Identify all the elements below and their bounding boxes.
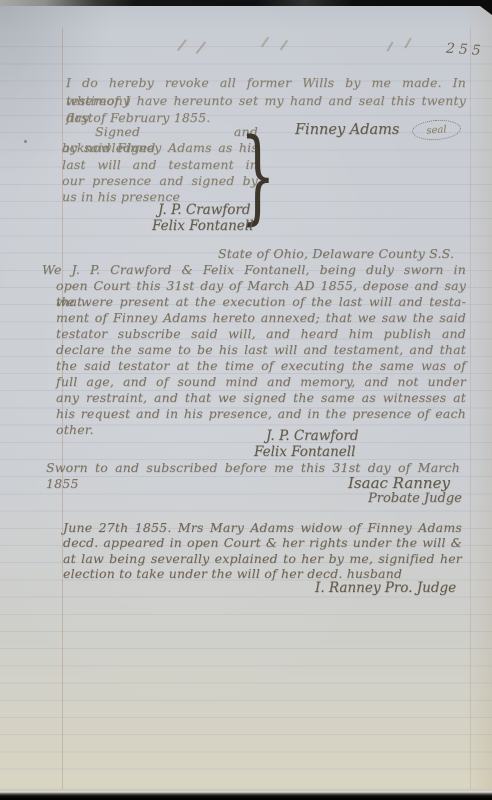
affidavit-line: other. [56,422,466,438]
ledger-page-scan: 255 I do hereby revoke all former Wills … [0,0,492,800]
election-line: at law being severally explained to her … [63,551,462,566]
judge-signature: Isaac Ranney [348,474,450,492]
attestation-line: last will and testament in [62,157,258,173]
affidavit-line: open Court this 31st day of March AD 185… [56,278,466,294]
election-line: decd. appeared in open Court & her right… [63,535,462,550]
affidavit-line: ment of Finney Adams hereto annexed; tha… [56,310,466,326]
judge-title: Probate Judge [368,491,462,506]
probate-affidavit: State of Ohio, Delaware County S.S. We J… [56,246,466,438]
paper-scratch-mark [280,40,288,51]
affidavit-line: full age, and of sound mind and memory, … [56,374,466,390]
paper-scratch-mark [177,39,187,51]
revocation-line: I do hereby revoke all former Wills by m… [66,74,466,92]
paper-scratch-mark [386,41,393,51]
paper-scratch-mark [404,37,411,48]
witness-signature: J. P. Crawford [158,202,250,218]
attestation-line: our presence and signed by [62,173,258,189]
testator-signature: Finney Adams [295,122,399,138]
judge-signature: I. Ranney Pro. Judge [315,580,456,596]
paper-scratch-mark [196,41,206,54]
attestation-clause: Signed and acknowledged by said Finney A… [62,124,258,205]
seal-label: seal [426,124,447,136]
paper-scratch-mark [261,37,269,48]
revocation-line: whereof I have hereunto set my hand and … [66,92,466,110]
affidavit-line: we were present at the execution of the … [56,294,466,310]
affidavit-line: declare the same to be his last will and… [56,342,466,358]
margin-line-right [470,28,471,790]
election-line: election to take under the will of her d… [63,566,462,581]
election-line: June 27th 1855. Mrs Mary Adams widow of … [63,520,462,535]
attestation-line: by said Finney Adams as his [62,140,258,156]
widow-election-record: June 27th 1855. Mrs Mary Adams widow of … [63,520,462,581]
affidavit-line: testator subscribe said will, and heard … [56,326,466,342]
affidavit-line: the said testator at the time of executi… [56,358,466,374]
attestation-line: Signed and acknowledged [62,124,258,140]
affidavit-line: his request and in his presence, and in … [56,406,466,422]
page-number: 255 [445,41,485,60]
ink-dot-mark [24,140,27,143]
affidavit-line: We J. P. Crawford & Felix Fontanell, bei… [42,262,466,278]
witness-signature: Felix Fontanell [254,444,355,460]
bottom-edge-shadow [0,788,492,800]
witness-signature: Felix Fontanell [152,218,253,234]
affidavit-heading: State of Ohio, Delaware County S.S. [218,246,466,262]
top-edge-shadow [0,0,492,6]
top-right-corner-shadow [462,0,492,15]
witness-signature: J. P. Crawford [266,428,358,444]
affidavit-line: any restraint, and that we signed the sa… [56,390,466,406]
